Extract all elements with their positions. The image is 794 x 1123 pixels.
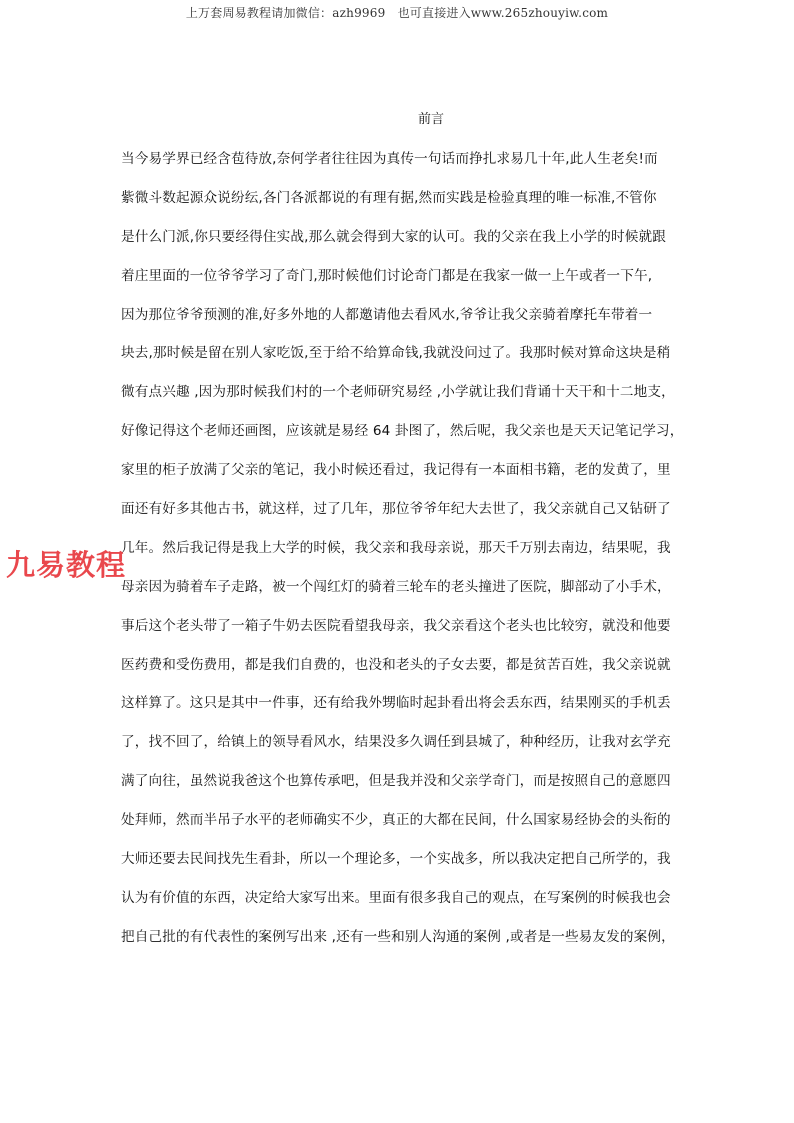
body-line: 微有点兴趣 ,因为那时候我们村的一个老师研究易经 ,小学就让我们背诵十天干和十二… xyxy=(121,383,687,422)
body-line: 事后这个老头带了一箱子牛奶去医院看望我母亲，我父亲看这个老头也比较穷，就没和他要 xyxy=(121,617,687,656)
body-line: 是什么门派,你只要经得住实战,那么就会得到大家的认可。我的父亲在我上小学的时候就… xyxy=(121,228,687,267)
body-line: 把自己批的有代表性的案例写出来 ,还有一些和别人沟通的案例 ,或者是一些易友发的… xyxy=(121,928,687,967)
body-line: 医药费和受伤费用，都是我们自费的，也没和老头的子女去要，都是贫苦百姓，我父亲说就 xyxy=(121,656,687,695)
body-line: 当今易学界已经含苞待放,奈何学者往往因为真传一句话而挣扎求易几十年,此人生老矣!… xyxy=(121,150,687,189)
body-line: 家里的柜子放满了父亲的笔记，我小时候还看过，我记得有一本面相书籍，老的发黄了，里 xyxy=(121,461,687,500)
body-line: 着庄里面的一位爷爷学习了奇门,那时候他们讨论奇门都是在我家一做一上午或者一下午, xyxy=(121,267,687,306)
watermark-logo: 九易教程 xyxy=(6,543,126,584)
body-line: 大师还要去民间找先生看卦，所以一个理论多，一个实战多，所以我决定把自己所学的，我 xyxy=(121,850,687,889)
body-line: 好像记得这个老师还画图，应该就是易经 64 卦图了，然后呢，我父亲也是天天记笔记… xyxy=(121,422,687,461)
body-line: 紫微斗数起源众说纷纭,各门各派都说的有理有据,然而实践是检验真理的唯一标准,不管… xyxy=(121,189,687,228)
body-line: 母亲因为骑着车子走路，被一个闯红灯的骑着三轮车的老头撞进了医院，脚部动了小手术， xyxy=(121,578,687,617)
body-line: 这样算了。这只是其中一件事，还有给我外甥临时起卦看出将会丢东西，结果刚买的手机丢 xyxy=(121,694,687,733)
body-line: 满了向往，虽然说我爸这个也算传承吧，但是我并没和父亲学奇门，而是按照自己的意愿四 xyxy=(121,772,687,811)
body-line: 认为有价值的东西，决定给大家写出来。里面有很多我自己的观点，在写案例的时候我也会 xyxy=(121,889,687,928)
body-line: 面还有好多其他古书，就这样，过了几年，那位爷爷年纪大去世了，我父亲就自己又钻研了 xyxy=(121,500,687,539)
document-body: 当今易学界已经含苞待放,奈何学者往往因为真传一句话而挣扎求易几十年,此人生老矣!… xyxy=(121,150,687,967)
header-banner: 上万套周易教程请加微信：azh9969 也可直接进入www.265zhouyiw… xyxy=(0,4,794,21)
body-line: 因为那位爷爷预测的准,好多外地的人都邀请他去看风水,爷爷让我父亲骑着摩托车带着一 xyxy=(121,306,687,345)
body-line: 块去,那时候是留在别人家吃饭,至于给不给算命钱,我就没问过了。我那时候对算命这块… xyxy=(121,344,687,383)
body-line: 几年。然后我记得是我上大学的时候，我父亲和我母亲说，那天千万别去南边，结果呢，我 xyxy=(121,539,687,578)
body-line: 了，找不回了，给镇上的领导看风水，结果没多久调任到县城了，种种经历，让我对玄学充 xyxy=(121,733,687,772)
document-title: 前言 xyxy=(0,108,794,127)
body-line: 处拜师，然而半吊子水平的老师确实不少，真正的大都在民间，什么国家易经协会的头衔的 xyxy=(121,811,687,850)
